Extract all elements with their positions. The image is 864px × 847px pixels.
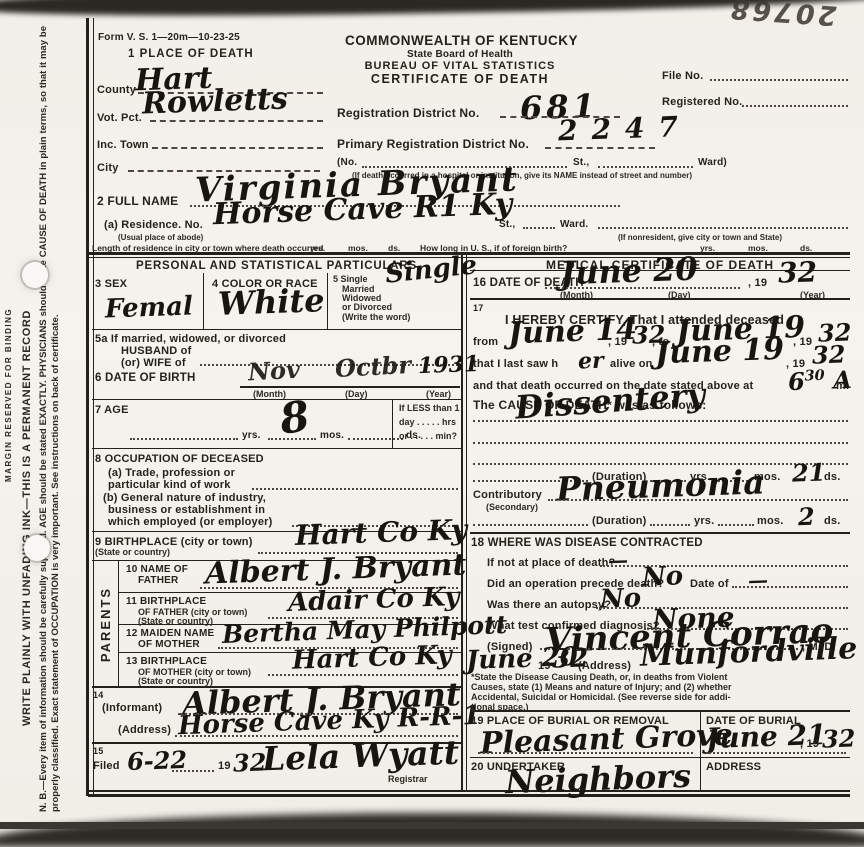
margin-write-plainly-line: WRITE PLAINLY WITH UNFADING INK—THIS IS … (21, 26, 33, 812)
binding-border-thick (86, 18, 89, 796)
row5-bottom-line (92, 329, 461, 330)
occupation-b3: which employed (or employer) (108, 516, 273, 528)
row17-bottom-line (470, 532, 850, 534)
state-board-subtitle: State Board of Health (345, 49, 575, 60)
filed-label: Filed (93, 760, 120, 772)
cause-line-1 (473, 420, 848, 422)
time-hour: 6 (788, 367, 806, 397)
parents-vertical-label: PARENTS (98, 587, 113, 662)
dod-line (545, 287, 740, 289)
registration-district-label: Registration District No. (337, 106, 479, 120)
place-of-burial-value: Pleasant Grove (479, 718, 733, 762)
footnote-bottom-line (470, 710, 850, 712)
dob-year-label: (Year) (426, 389, 451, 399)
last-saw-label: that I last saw h (473, 358, 558, 370)
certificate-title: CERTIFICATE OF DEATH (345, 72, 575, 86)
less-than-day-label-1: If LESS than 1 (399, 403, 460, 413)
date-of-label: Date of (690, 578, 729, 590)
date-of-value: — (748, 568, 769, 593)
hole-punch (22, 262, 48, 288)
informant-number: 14 (93, 690, 103, 700)
abode-note: (Usual place of abode) (118, 233, 203, 242)
if-not-value: — (608, 548, 629, 573)
occupation-a-line (252, 488, 458, 490)
death-certificate-scan: 20768 MARGIN RESERVED FOR BINDING WRITE … (0, 0, 864, 829)
hole-punch (24, 535, 50, 561)
undertaker-value: Neighbors (504, 757, 691, 801)
contributory-line (548, 499, 848, 501)
age-box-divider (392, 399, 393, 448)
st-label: St., (573, 157, 589, 168)
residence-ward-label: Ward. (560, 219, 588, 230)
scan-edge-bottom-strip (0, 822, 864, 829)
place-of-death-label: 1 PLACE OF DEATH (128, 48, 254, 60)
age-label: 7 AGE (95, 404, 129, 416)
registrar-label: Registrar (388, 774, 428, 784)
race-marital-divider (327, 273, 328, 329)
residence-st-line (523, 227, 555, 229)
primary-registration-value: 2247 (557, 110, 692, 148)
filed-number: 15 (93, 746, 103, 756)
footnote-line-1: *State the Disease Causing Death, or, in… (471, 672, 727, 682)
marital-label-1: 5 Single (333, 274, 368, 284)
husband-of-label: HUSBAND of (121, 345, 191, 357)
binding-border-thin (93, 18, 94, 796)
margin-binding-line: MARGIN RESERVED FOR BINDING (4, 26, 13, 812)
occupation-label: 8 OCCUPATION OF DECEASED (95, 453, 264, 465)
dob-month-script: Nov (247, 355, 300, 387)
st-line (598, 166, 693, 168)
mother-name-label-1: 12 MAIDEN NAME (126, 628, 214, 639)
inc-town-label: Inc. Town (97, 139, 149, 151)
date-of-line (732, 586, 848, 588)
vot-pct-line (150, 120, 323, 122)
filed-line (172, 770, 214, 772)
married-note-label: 5a If married, widowed, or divorced (95, 333, 286, 345)
file-no-label: File No. (662, 70, 703, 82)
full-name-label: 2 FULL NAME (97, 194, 178, 208)
binding-margin-text: MARGIN RESERVED FOR BINDING WRITE PLAINL… (4, 26, 61, 812)
burial-line (478, 752, 693, 754)
signed-address-label: (Address) (578, 660, 631, 672)
residence-st-label: St., (499, 219, 515, 230)
dod-19-label: , 19 (748, 277, 767, 289)
age-ds-line (348, 438, 403, 440)
age-yrs-label: yrs. (242, 430, 261, 441)
dob-line (240, 386, 460, 388)
autopsy-label: Was there an autopsy? (487, 599, 611, 611)
vot-pct-label: Vot. Pct. (97, 112, 142, 124)
nonresident-note: (If nonresident, give city or town and S… (618, 233, 782, 242)
secondary-label: (Secondary) (486, 502, 538, 512)
to-19-label: , 19 (793, 336, 812, 348)
marital-label-4: or Divorced (342, 302, 392, 312)
bottom-border-thin (88, 790, 850, 792)
file-no-line (710, 79, 848, 81)
duration2-ds-value: 2 (797, 502, 815, 532)
contributory-value: Pneumonia (555, 462, 765, 508)
from-19-label: , 19 (608, 336, 627, 348)
alive-on-label: alive on (610, 358, 653, 370)
informant-label: (Informant) (102, 702, 162, 714)
registered-no-line (742, 105, 848, 107)
ward-label: Ward) (698, 157, 727, 168)
commonwealth-title: COMMONWEALTH OF KENTUCKY (345, 33, 575, 48)
parents-box-divider (118, 560, 119, 686)
cause-line-2 (473, 442, 848, 444)
registrar-signature: Lela Wyatt (261, 733, 459, 779)
occupation-a1: (a) Trade, profession or (108, 467, 235, 479)
duration2-ds: ds. (824, 515, 841, 527)
certificate-number-stamp: 20768 (724, 0, 840, 31)
last-saw-er-script: er (578, 348, 604, 375)
birthplace-value: Hart Co Ky (294, 513, 467, 552)
county-label: County (97, 84, 136, 96)
date-of-birth-label: 6 DATE OF BIRTH (95, 372, 196, 384)
burial-year-value: 32 (822, 723, 856, 753)
duration2-dots-b (718, 524, 754, 526)
registered-no-label: Registered No. (662, 96, 742, 108)
row16-bottom-line (470, 298, 850, 300)
mother-name-label-2: OF MOTHER (138, 639, 200, 650)
filed-19-label: 19 (218, 760, 231, 772)
signed-19-label: 19 (538, 660, 551, 672)
date-of-death-value: June 20 (559, 250, 698, 293)
footnote-line-2: Causes, state (1) Means and nature of In… (471, 682, 732, 692)
bottom-border-thick (88, 794, 850, 797)
informant-address-label: (Address) (118, 724, 171, 736)
residence-ward-line (598, 227, 848, 229)
age-mos-line (268, 438, 316, 440)
wife-of-label: (or) WIFE of (121, 357, 186, 369)
operation-value: No (641, 561, 683, 592)
time-m-label: m. (836, 380, 849, 392)
sex-label: 3 SEX (95, 278, 127, 290)
mother-bp-label-1: 13 BIRTHPLACE (126, 656, 207, 667)
marital-write-note: (Write the word) (342, 312, 410, 322)
father-name-label-2: FATHER (138, 575, 178, 586)
if-not-label: If not at place of death? (487, 557, 615, 569)
age-mos-label: mos. (320, 430, 344, 441)
duration2-dots-a (650, 524, 690, 526)
autopsy-value: No (599, 583, 641, 614)
last-saw-date-value: June 19 (654, 332, 784, 371)
time-minutes: 30 (804, 367, 825, 385)
bureau-subtitle: BUREAU OF VITAL STATISTICS (345, 60, 575, 72)
sex-race-divider (203, 273, 204, 329)
form-number: Form V. S. 1—20m—10-23-25 (98, 32, 240, 43)
from-label: from (473, 336, 498, 348)
occupation-b2: business or establishment in (108, 504, 265, 516)
occupation-a2: particular kind of work (108, 479, 231, 491)
sex-value: Femal (105, 291, 194, 324)
undertaker-address-label: ADDRESS (706, 761, 761, 773)
footnote-line-3: Accidental, Suicidal or Homicidal. (See … (471, 692, 731, 702)
duration2-leader (473, 524, 588, 526)
certify-number: 17 (473, 303, 483, 313)
duration2-label: (Duration) (592, 515, 647, 527)
where-contracted-label: 18 WHERE WAS DISEASE CONTRACTED (471, 537, 703, 549)
duration1-ds-value: 21 (792, 457, 826, 487)
contributory-label: Contributory (473, 489, 542, 501)
mother-bp-value: Hart Co Ky (292, 640, 453, 676)
dod-year-value: 32 (777, 255, 817, 289)
father-bp-label-1: 11 BIRTHPLACE (126, 596, 206, 607)
duration2-mos: mos. (757, 515, 783, 527)
inc-town-line (152, 147, 323, 149)
row7-bottom-line (92, 448, 461, 449)
primary-registration-label: Primary Registration District No. (337, 137, 529, 151)
age-yrs-line (130, 438, 238, 440)
burial-date-line (706, 752, 846, 754)
primary-registration-line (545, 147, 655, 149)
duration2-yrs: yrs. (694, 515, 714, 527)
less-than-day-label-2: day . . . . . hrs (399, 417, 456, 427)
if-not-line (600, 565, 848, 567)
city-label: City (97, 162, 119, 174)
color-race-value: White (217, 281, 325, 323)
birthplace-sub-label: (State or country) (95, 547, 170, 557)
dob-day-script: Octbr (334, 350, 411, 383)
dob-year-script: 1931 (418, 351, 480, 379)
less-than-day-label-3: or . . . . . min? (399, 431, 457, 441)
residence-label: (a) Residence. No. (104, 219, 203, 231)
father-name-label-1: 10 NAME OF (126, 564, 188, 575)
occupation-b1: (b) General nature of industry, (103, 492, 266, 504)
margin-nb-note: N. B.—Every item of information should b… (38, 26, 61, 812)
duration1-ds: ds. (824, 471, 841, 483)
dob-day-label: (Day) (345, 389, 368, 399)
burial-19-label: , 19 (800, 738, 819, 750)
vot-pct-value: Rowletts (141, 81, 288, 121)
